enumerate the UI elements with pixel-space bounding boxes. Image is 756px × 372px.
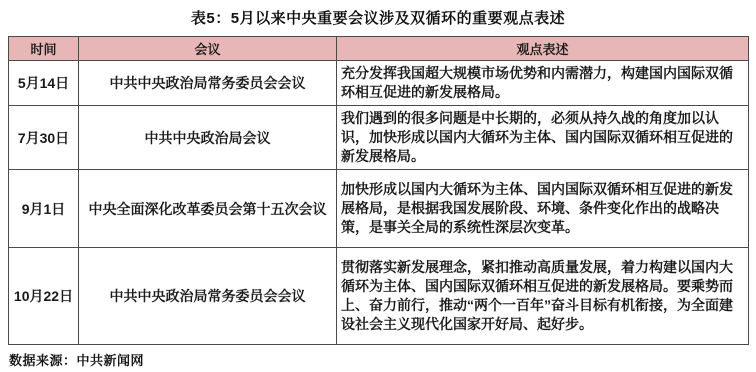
cell-meeting: 中央全面深化改革委员会第十五次会议 bbox=[79, 170, 337, 248]
col-header-time: 时间 bbox=[9, 37, 79, 61]
cell-statement: 充分发挥我国超大规模市场优势和内需潜力，构建国内国际双循环相互促进的新发展格局。 bbox=[337, 61, 749, 106]
cell-meeting: 中共中央政治局常务委员会会议 bbox=[79, 61, 337, 106]
report-table-page: 表5：5月以来中央重要会议涉及双循环的重要观点表述 时间 会议 观点表述 5月1… bbox=[0, 0, 756, 372]
data-source-note: 数据来源：中共新闻网 bbox=[9, 350, 144, 369]
cell-statement: 贯彻落实新发展理念，紧扣推动高质量发展，着力构建以国内大循环为主体、国内国际双循… bbox=[337, 248, 749, 345]
cell-meeting: 中共中央政治局常务委员会会议 bbox=[79, 248, 337, 345]
cell-date: 10月22日 bbox=[9, 248, 79, 345]
table-row: 9月1日 中央全面深化改革委员会第十五次会议 加快形成以国内大循环为主体、国内国… bbox=[9, 170, 749, 248]
cell-statement: 我们遇到的很多问题是中长期的，必须从持久战的角度加以认识，加快形成以国内大循环为… bbox=[337, 106, 749, 170]
cell-date: 9月1日 bbox=[9, 170, 79, 248]
cell-date: 5月14日 bbox=[9, 61, 79, 106]
cell-meeting: 中共中央政治局会议 bbox=[79, 106, 337, 170]
table-title: 表5：5月以来中央重要会议涉及双循环的重要观点表述 bbox=[0, 7, 756, 28]
table-row: 5月14日 中共中央政治局常务委员会会议 充分发挥我国超大规模市场优势和内需潜力… bbox=[9, 61, 749, 106]
col-header-statement: 观点表述 bbox=[337, 37, 749, 61]
meetings-table: 时间 会议 观点表述 5月14日 中共中央政治局常务委员会会议 充分发挥我国超大… bbox=[8, 36, 749, 345]
cell-statement: 加快形成以国内大循环为主体、国内国际双循环相互促进的新发展格局，是根据我国发展阶… bbox=[337, 170, 749, 248]
table-row: 10月22日 中共中央政治局常务委员会会议 贯彻落实新发展理念，紧扣推动高质量发… bbox=[9, 248, 749, 345]
table-header-row: 时间 会议 观点表述 bbox=[9, 37, 749, 61]
table-row: 7月30日 中共中央政治局会议 我们遇到的很多问题是中长期的，必须从持久战的角度… bbox=[9, 106, 749, 170]
col-header-meeting: 会议 bbox=[79, 37, 337, 61]
cell-date: 7月30日 bbox=[9, 106, 79, 170]
